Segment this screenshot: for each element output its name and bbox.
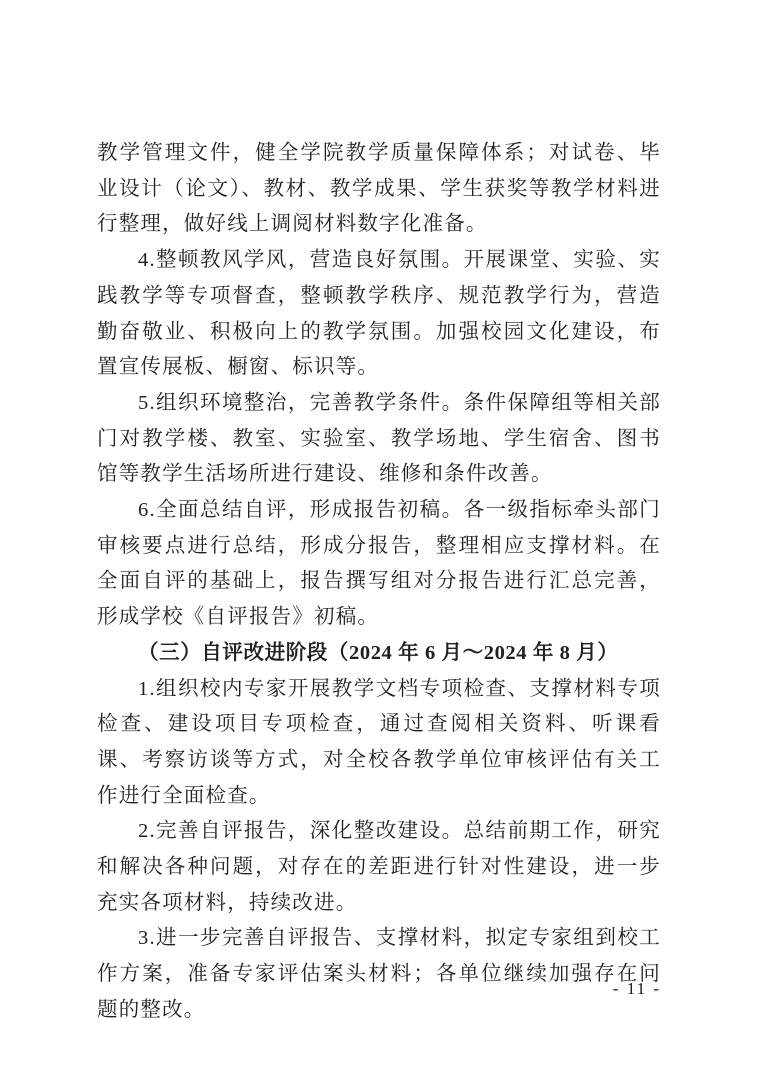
- para-item-2: 2.完善自评报告，深化整改建设。总结前期工作，研究和解决各种问题，对存在的差距进…: [97, 814, 661, 921]
- section-heading-phase-3: （三）自评改进阶段（2024 年 6 月～2024 年 8 月）: [97, 636, 661, 672]
- para-continuation: 教学管理文件，健全学院教学质量保障体系；对试卷、毕业设计（论文）、教材、教学成果…: [97, 136, 661, 243]
- para-item-4: 4.整顿教风学风，营造良好氛围。开展课堂、实验、实践教学等专项督查，整顿教学秩序…: [97, 243, 661, 386]
- para-item-3: 3.进一步完善自评报告、支撑材料，拟定专家组到校工作方案，准备专家评估案头材料；…: [97, 921, 661, 1028]
- document-body: 教学管理文件，健全学院教学质量保障体系；对试卷、毕业设计（论文）、教材、教学成果…: [97, 136, 661, 1029]
- page-number: - 11 -: [613, 979, 661, 999]
- document-page: 教学管理文件，健全学院教学质量保障体系；对试卷、毕业设计（论文）、教材、教学成果…: [0, 0, 757, 1074]
- para-item-6: 6.全面总结自评，形成报告初稿。各一级指标牵头部门审核要点进行总结，形成分报告，…: [97, 493, 661, 636]
- para-item-5: 5.组织环境整治，完善教学条件。条件保障组等相关部门对教学楼、教室、实验室、教学…: [97, 386, 661, 493]
- para-item-1: 1.组织校内专家开展教学文档专项检查、支撑材料专项检查、建设项目专项检查，通过查…: [97, 672, 661, 815]
